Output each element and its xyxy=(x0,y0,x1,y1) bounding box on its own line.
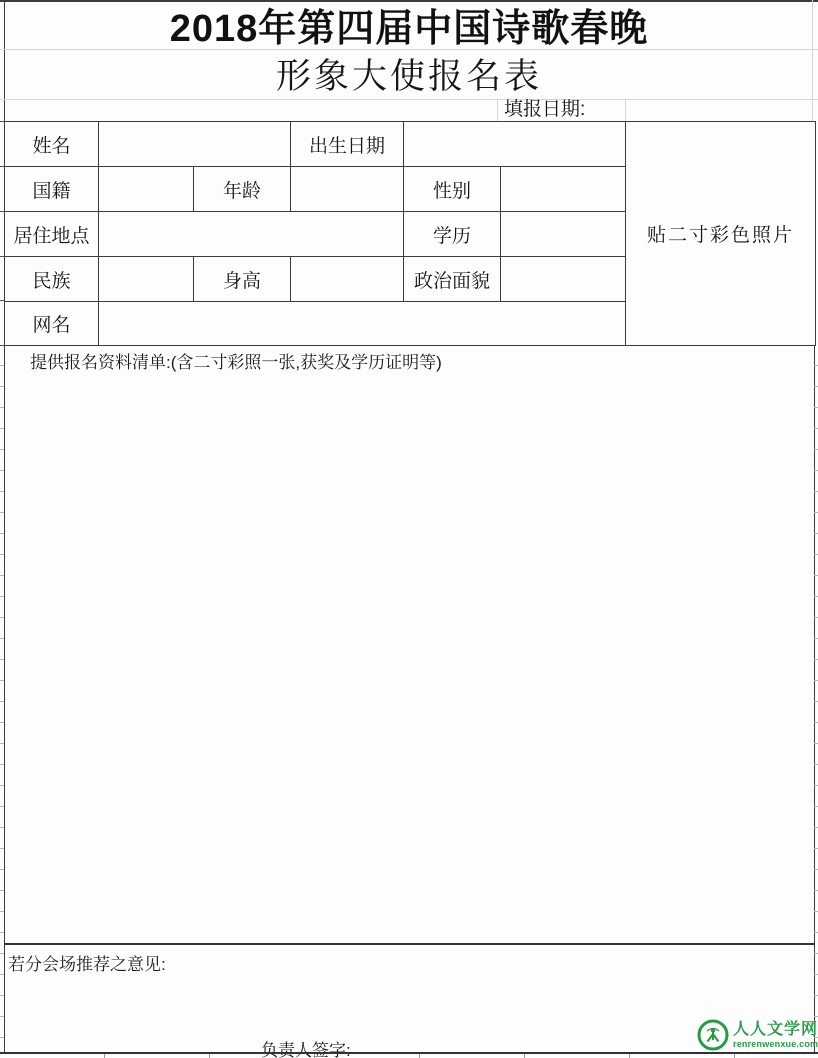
field-label-online-name: 网名 xyxy=(5,302,99,346)
fill-date-input[interactable] xyxy=(625,99,814,121)
renren-logo-icon xyxy=(697,1019,729,1051)
materials-label: 提供报名资料清单:(含二寸彩照一张,获奖及学历证明等) xyxy=(30,348,442,373)
field-label-age: 年龄 xyxy=(194,167,291,212)
field-input-political-status[interactable] xyxy=(501,257,626,302)
field-label-gender: 性别 xyxy=(404,167,501,212)
field-label-residence: 居住地点 xyxy=(5,212,99,257)
field-label-nationality: 国籍 xyxy=(5,167,99,212)
personal-info-table: 姓名 出生日期 贴二寸彩色照片 国籍 年龄 性别 居住地点 学历 民族 身高 政… xyxy=(4,121,816,346)
field-input-education[interactable] xyxy=(501,212,626,257)
site-watermark: 人人文学网 renrenwenxue.com xyxy=(697,1017,815,1053)
field-input-name[interactable] xyxy=(99,122,291,167)
edge-tick xyxy=(0,211,4,212)
left-edge-gridline-ticks xyxy=(0,345,4,1053)
field-input-gender[interactable] xyxy=(501,167,626,212)
date-row: 填报日期: xyxy=(4,99,814,121)
edge-tick xyxy=(0,121,4,122)
photo-placeholder-cell: 贴二寸彩色照片 xyxy=(626,122,816,346)
field-input-birth-date[interactable] xyxy=(404,122,626,167)
field-input-nationality[interactable] xyxy=(99,167,194,212)
field-label-ethnicity: 民族 xyxy=(5,257,99,302)
field-label-political-status: 政治面貌 xyxy=(404,257,501,302)
field-label-education: 学历 xyxy=(404,212,501,257)
field-label-height: 身高 xyxy=(194,257,291,302)
opinion-label: 若分会场推荐之意见: xyxy=(8,950,166,975)
field-input-age[interactable] xyxy=(291,167,404,212)
field-label-name: 姓名 xyxy=(5,122,99,167)
field-input-residence[interactable] xyxy=(99,212,404,257)
site-url: renrenwenxue.com xyxy=(733,1040,818,1049)
site-name: 人人文学网 xyxy=(733,1022,818,1038)
date-cell-gridline xyxy=(497,99,498,121)
materials-section[interactable]: 提供报名资料清单:(含二寸彩照一张,获奖及学历证明等) xyxy=(4,345,815,943)
right-edge-gridline-ticks xyxy=(814,345,818,1053)
edge-tick xyxy=(0,345,4,346)
edge-tick xyxy=(0,300,4,301)
field-label-birth-date: 出生日期 xyxy=(291,122,404,167)
field-input-height[interactable] xyxy=(291,257,404,302)
registration-form-page: 2018年第四届中国诗歌春晚 形象大使报名表 填报日期: 姓名 出生日期 贴二寸… xyxy=(0,0,818,1058)
form-subtitle: 形象大使报名表 xyxy=(4,49,814,99)
edge-tick xyxy=(0,166,4,167)
fill-date-label: 填报日期: xyxy=(501,99,585,121)
field-input-online-name[interactable] xyxy=(99,302,626,346)
bottom-edge-gridline-ticks xyxy=(0,1054,745,1058)
recommendation-opinion-section[interactable]: 若分会场推荐之意见: 负责人签字: xyxy=(4,943,815,1053)
form-title: 2018年第四届中国诗歌春晚 xyxy=(4,0,814,49)
edge-tick xyxy=(0,256,4,257)
field-input-ethnicity[interactable] xyxy=(99,257,194,302)
